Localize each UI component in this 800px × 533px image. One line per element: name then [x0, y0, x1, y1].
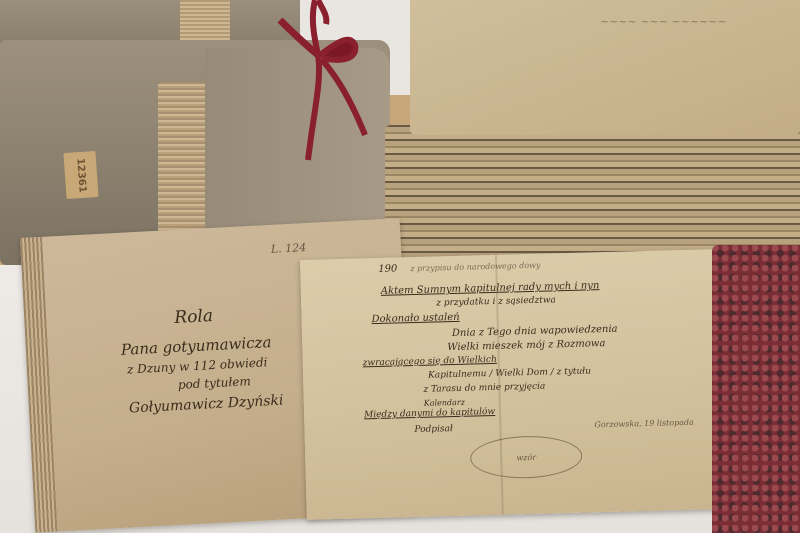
right-document-date: Gorzowska, 19 listopada: [594, 418, 694, 430]
manuscript-stack: [385, 125, 800, 265]
right-document-line-11: Podpisał: [414, 424, 453, 435]
left-document-corner-note: L. 124: [271, 241, 307, 256]
right-document-line-2: z przydatku i z sąsiedztwa: [436, 295, 556, 308]
right-document-signature: wzór: [516, 452, 536, 462]
right-document-line-5: Wielki mieszek mój z Rozmowa: [447, 338, 605, 353]
right-document: 190 z przypisu do narodowego dowy Aktem …: [300, 248, 762, 520]
left-document-title: Rola: [174, 306, 214, 328]
patterned-cover: [712, 245, 800, 533]
right-document-line-9: Kalendarz: [424, 398, 465, 408]
stack-top-writing: ~~~~ ~~~ ~~~~~~: [600, 15, 727, 28]
right-document-line-4: Dnia z Tego dnia wapowiedzenia: [452, 324, 618, 339]
left-document-line-3: pod tytułem: [178, 374, 252, 392]
right-document-line-10: Między danymi do kapitulów: [364, 407, 495, 420]
left-document-line-1: Pana gotyumawicza: [121, 333, 272, 359]
right-document-line-3: Dokonało ustaleń: [371, 312, 459, 325]
right-document-header: z przypisu do narodowego dowy: [410, 261, 540, 273]
archive-box-label: 12361: [63, 151, 98, 199]
right-document-line-1: Aktem Sumnym kapitulnej rady mych i nyn: [381, 280, 600, 297]
right-document-line-6: zwracającego się do Wielkich: [363, 355, 497, 369]
right-document-line-7: Kapitulnemu / Wielki Dom / z tytułu: [428, 366, 591, 380]
right-document-line-8: z Tarasu do mnie przyjęcia: [423, 382, 545, 395]
ribbon-bow: [270, 0, 380, 170]
left-document-line-4: Gołyumawicz Dzyński: [129, 392, 284, 416]
right-document-number: 190: [378, 263, 397, 274]
right-document-seal: wzór: [470, 435, 583, 480]
